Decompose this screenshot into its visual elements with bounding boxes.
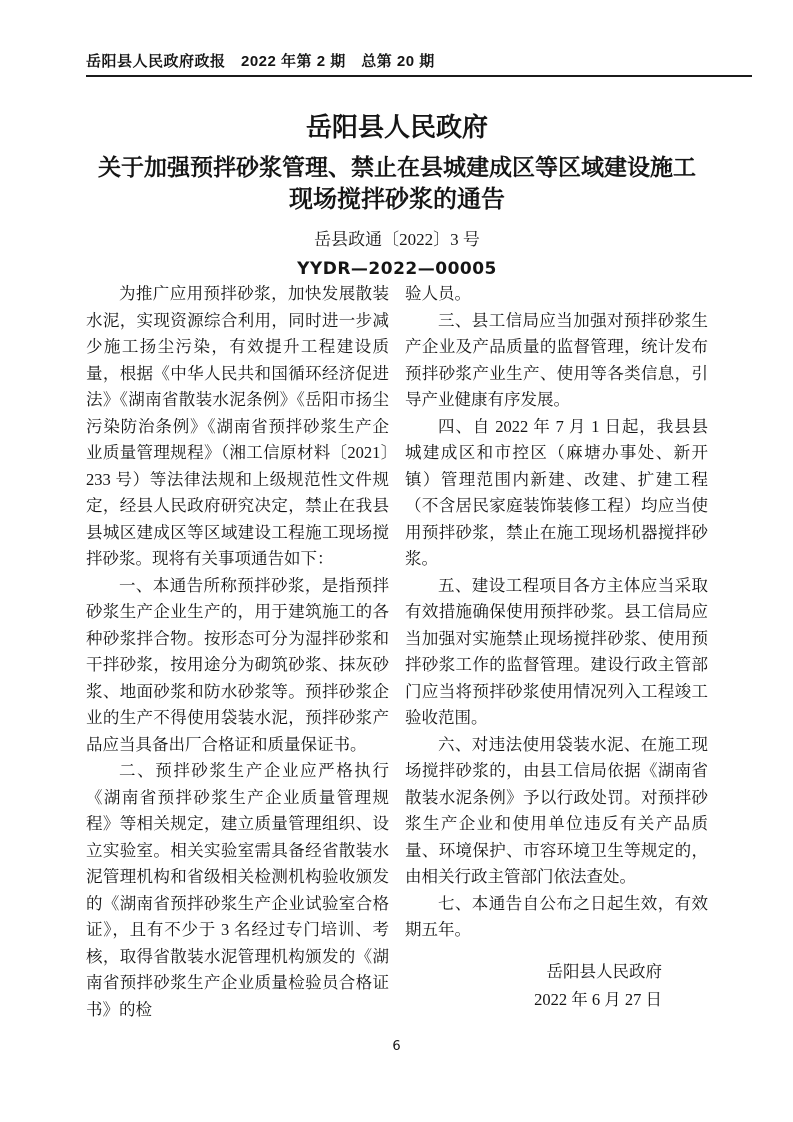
masthead: 岳阳县人民政府政报 2022 年第 2 期 总第 20 期	[86, 50, 752, 77]
paragraph-intro: 为推广应用预拌砂浆，加快发展散装水泥，实现资源综合利用，同时进一步减少施工扬尘污…	[86, 281, 389, 573]
paragraph-item-1: 一、本通告所称预拌砂浆，是指预拌砂浆生产企业生产的，用于建筑施工的各种砂浆拌合物…	[86, 573, 389, 759]
gazette-page: 岳阳县人民政府政报 2022 年第 2 期 总第 20 期 岳阳县人民政府 关于…	[0, 0, 793, 1122]
paragraph-item-2-continuation: 验人员。	[405, 281, 708, 308]
signature-block: 岳阳县人民政府 2022 年 6 月 27 日	[405, 958, 708, 1014]
notice-issuer-title: 岳阳县人民政府	[85, 112, 709, 144]
notice-title-line-3: 现场搅拌砂浆的通告	[85, 184, 709, 217]
paragraph-item-4: 四、自 2022 年 7 月 1 日起，我县县城建成区和市控区（麻塘办事处、新开…	[405, 414, 708, 573]
paragraph-item-7: 七、本通告自公布之日起生效，有效期五年。	[405, 891, 708, 944]
signature-date: 2022 年 6 月 27 日	[405, 986, 662, 1014]
paragraph-item-6: 六、对违法使用袋装水泥、在施工现场搅拌砂浆的，由县工信局依据《湖南省散装水泥条例…	[405, 732, 708, 891]
paragraph-item-2: 二、预拌砂浆生产企业应严格执行《湖南省预拌砂浆生产企业质量管理规程》等相关规定，…	[86, 758, 389, 1023]
notice-title-line-2: 关于加强预拌砂浆管理、禁止在县城建成区等区域建设施工	[85, 151, 709, 184]
paragraph-item-3: 三、县工信局应当加强对预拌砂浆生产企业及产品质量的监督管理，统计发布预拌砂浆产业…	[405, 308, 708, 414]
paragraph-item-5: 五、建设工程项目各方主体应当采取有效措施确保使用预拌砂浆。县工信局应当加强对实施…	[405, 573, 708, 732]
page-number: 6	[0, 1039, 793, 1054]
signature-issuer: 岳阳县人民政府	[405, 958, 662, 986]
left-column: 为推广应用预拌砂浆，加快发展散装水泥，实现资源综合利用，同时进一步减少施工扬尘污…	[86, 281, 389, 1023]
document-code: YYDR—2022—00005	[85, 258, 709, 280]
notice-title-block: 岳阳县人民政府 关于加强预拌砂浆管理、禁止在县城建成区等区域建设施工 现场搅拌砂…	[85, 112, 709, 280]
document-number: 岳县政通〔2022〕3 号	[85, 229, 709, 251]
body-columns: 为推广应用预拌砂浆，加快发展散装水泥，实现资源综合利用，同时进一步减少施工扬尘污…	[86, 281, 708, 1023]
right-column: 验人员。 三、县工信局应当加强对预拌砂浆生产企业及产品质量的监督管理，统计发布预…	[405, 281, 708, 1023]
